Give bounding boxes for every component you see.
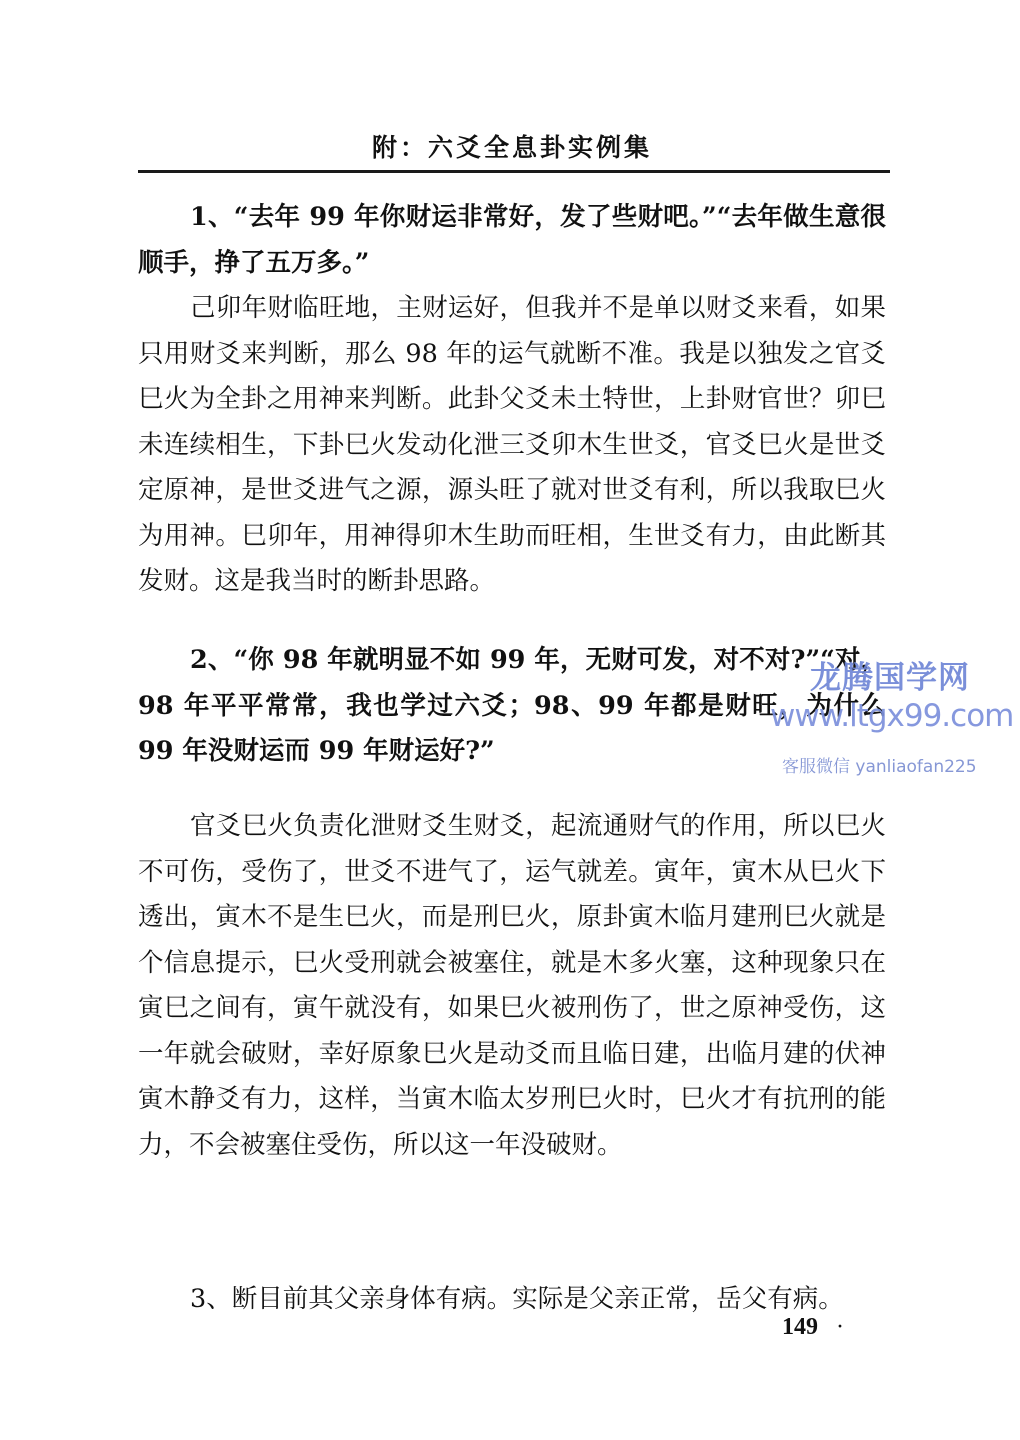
page-number-value: 149 [782, 1314, 818, 1340]
section-2-question: 2、“你 98 年就明显不如 99 年，无财可发，对不对?”“对，98 年平平常… [138, 638, 886, 775]
section-1-answer: 己卯年财临旺地，主财运好，但我并不是单以财爻来看，如果只用财爻来判断，那么 98… [138, 286, 886, 605]
page-number: 149 · [782, 1314, 844, 1341]
section-3-question: 3、断目前其父亲身体有病。实际是父亲正常，岳父有病。 [138, 1277, 886, 1323]
section-1-question-block: 1、“去年 99 年你财运非常好，发了些财吧。”“去年做生意很顺手，挣了五万多。… [138, 195, 886, 286]
header-divider [138, 170, 890, 173]
running-header: 附：六爻全息卦实例集 [138, 128, 886, 164]
section-2-answer-block: 官爻巳火负责化泄财爻生财爻，起流通财气的作用，所以巳火不可伤，受伤了，世爻不进气… [138, 804, 886, 1168]
section-3-question-block: 3、断目前其父亲身体有病。实际是父亲正常，岳父有病。 [138, 1277, 886, 1323]
page-marker: · [836, 1314, 844, 1340]
section-1-question: 1、“去年 99 年你财运非常好，发了些财吧。”“去年做生意很顺手，挣了五万多。… [138, 195, 886, 286]
section-1-answer-block: 己卯年财临旺地，主财运好，但我并不是单以财爻来看，如果只用财爻来判断，那么 98… [138, 286, 886, 605]
section-2-question-block: 2、“你 98 年就明显不如 99 年，无财可发，对不对?”“对，98 年平平常… [138, 638, 886, 775]
section-2-answer: 官爻巳火负责化泄财爻生财爻，起流通财气的作用，所以巳火不可伤，受伤了，世爻不进气… [138, 804, 886, 1168]
